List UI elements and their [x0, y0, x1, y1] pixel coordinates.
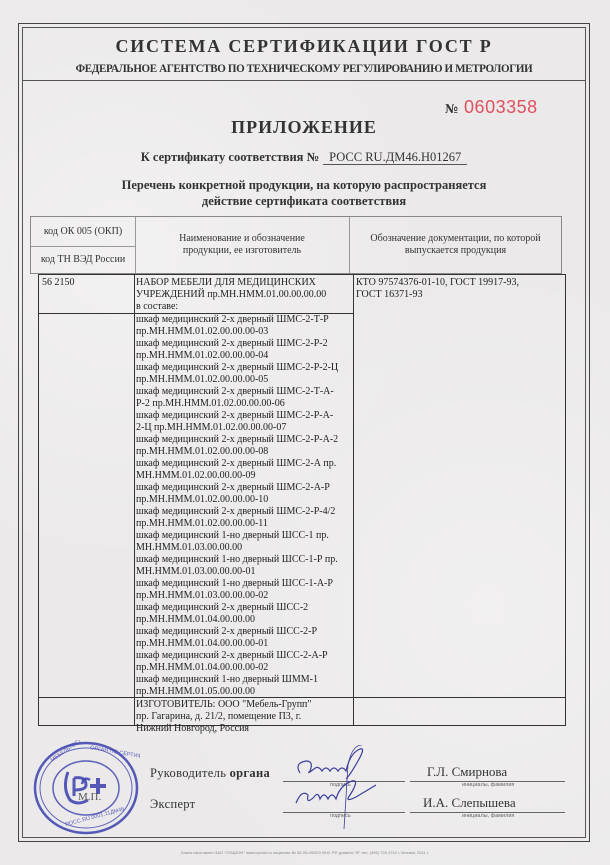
list-item: пр.МН.НММ.01.04.00.00.00	[136, 614, 338, 626]
stamp-seal-icon: М.П. МЕБЕЛЬТЕСТ-ИВАНОВО ОРГАН ПО СЕРТИФИ…	[32, 740, 140, 836]
cert-ref-label: К сертификату соответствия №	[141, 150, 319, 164]
agency-title: ФЕДЕРАЛЬНОЕ АГЕНТСТВО ПО ТЕХНИЧЕСКОМУ РЕ…	[45, 61, 564, 76]
svg-text:ОРГАН ПО СЕРТИФИКАЦИИ: ОРГАН ПО СЕРТИФИКАЦИИ	[90, 745, 140, 764]
set-name: НАБОР МЕБЕЛИ ДЛЯ МЕДИЦИНСКИХ УЧРЕЖДЕНИЙ …	[136, 277, 326, 313]
set-name-line: УЧРЕЖДЕНИЙ пр.МН.НММ.01.00.00.00.00	[136, 289, 326, 301]
list-item: МН.НММ.01.03.00.00.00	[136, 542, 338, 554]
expert-signature-caption: подпись	[330, 813, 351, 819]
list-item: шкаф медицинский 2-х дверный ШМС-2-Т-Р	[136, 314, 338, 326]
manufacturer-line: Нижний Новгород, Россия	[136, 723, 312, 735]
seal-mark: М.П.	[78, 791, 101, 803]
list-item: 2-Ц пр.МН.НММ.01.02.00.00.00-07	[136, 422, 338, 434]
list-item: пр.МН.НММ.01.02.00.00.00-03	[136, 326, 338, 338]
list-item: шкаф медицинский 2-х дверный ШМС-2-Р-А-	[136, 410, 338, 422]
list-item: шкаф медицинский 2-х дверный ШМС-2-Р-А-2	[136, 434, 338, 446]
list-item: шкаф медицинский 2-х дверный ШСС-2-Р	[136, 626, 338, 638]
system-title: СИСТЕМА СЕРТИФИКАЦИИ ГОСТ Р	[22, 36, 586, 57]
list-item: пр.МН.НММ.01.02.00.00.00-05	[136, 374, 338, 386]
list-item: шкаф медицинский 2-х дверный ШМС-2-Р-2-Ц	[136, 362, 338, 374]
table-header: код ОК 005 (ОКП) код ТН ВЭД России Наиме…	[30, 216, 562, 274]
list-item: пр.МН.НММ.01.02.00.00.00-10	[136, 494, 338, 506]
head-label: Руководитель органа	[150, 766, 270, 781]
list-item: шкаф медицинский 1-но дверный ШСС-1-А-Р	[136, 578, 338, 590]
row-divider-code	[39, 313, 134, 314]
list-item: шкаф медицинский 1-но дверный ШММ-1	[136, 674, 338, 686]
header-code-tnved: код ТН ВЭД России	[31, 246, 135, 274]
head-label-normal: Руководитель	[150, 766, 230, 780]
header-code-okp: код ОК 005 (ОКП)	[31, 217, 135, 246]
list-item: пр.МН.НММ.01.02.00.00.00-08	[136, 446, 338, 458]
list-title-line1: Перечень конкретной продукции, на котору…	[22, 177, 586, 193]
list-item: шкаф медицинский 2-х дверный ШМС-2-А пр.	[136, 458, 338, 470]
certificate-reference: К сертификату соответствия №РОСС RU.ДМ46…	[22, 150, 586, 165]
list-title: Перечень конкретной продукции, на котору…	[22, 177, 586, 209]
list-item: шкаф медицинский 2-х дверный ШМС-2-Р-4/2	[136, 506, 338, 518]
number-sign: №	[445, 102, 458, 116]
list-item: МН.НММ.01.02.00.00.00-09	[136, 470, 338, 482]
expert-name: И.А. Слепышева	[423, 795, 516, 811]
list-item: пр.МН.НММ.01.04.00.00.00-01	[136, 638, 338, 650]
list-item: шкаф медицинский 2-х дверный ШСС-2-А-Р	[136, 650, 338, 662]
official-stamp: М.П. МЕБЕЛЬТЕСТ-ИВАНОВО ОРГАН ПО СЕРТИФИ…	[32, 740, 140, 836]
list-item: шкаф медицинский 1-но дверный ШСС-1-Р пр…	[136, 554, 338, 566]
serial-value: 0603358	[464, 97, 538, 117]
list-item: пр.МН.НММ.01.02.00.00.00-11	[136, 518, 338, 530]
header-name-col: Наименование и обозначение продукции, ее…	[135, 217, 349, 273]
header-doc-col: Обозначение документации, по которой вып…	[349, 217, 562, 273]
signature-scribble-icon	[288, 745, 383, 835]
list-item: шкаф медицинский 2-х дверный ШСС-2	[136, 602, 338, 614]
head-name: Г.Л. Смирнова	[427, 764, 507, 780]
set-name-line: НАБОР МЕБЕЛИ ДЛЯ МЕДИЦИНСКИХ	[136, 277, 326, 289]
expert-name-caption: инициалы, фамилия	[462, 813, 514, 819]
expert-label: Эксперт	[150, 797, 195, 812]
list-item: пр.МН.НММ.01.03.00.00.00-02	[136, 590, 338, 602]
manufacturer: ИЗГОТОВИТЕЛЬ: ООО "Мебель-Групп" пр. Гаг…	[136, 699, 312, 735]
column-divider-1	[134, 275, 135, 725]
doc-line: КТО 97574376-01-10, ГОСТ 19917-93,	[356, 277, 519, 289]
doc-line: ГОСТ 16371-93	[356, 289, 519, 301]
manufacturer-line: пр. Гагарина, д. 21/2, помещение П3, г.	[136, 711, 312, 723]
list-item: МН.НММ.01.03.00.00.00-01	[136, 566, 338, 578]
list-title-line2: действие сертификата соответствия	[22, 193, 586, 209]
head-label-bold: органа	[230, 766, 270, 780]
list-item: пр.МН.НММ.01.02.00.00.00-04	[136, 350, 338, 362]
certificate-number: РОСС RU.ДМ46.Н01267	[323, 150, 467, 165]
list-item: шкаф медицинский 2-х дверный ШМС-2-Т-А-	[136, 386, 338, 398]
item-list: шкаф медицинский 2-х дверный ШМС-2-Т-Рпр…	[136, 314, 338, 698]
list-item: шкаф медицинский 1-но дверный ШСС-1 пр.	[136, 530, 338, 542]
set-name-line: в составе:	[136, 301, 326, 313]
list-item: Р-2 пр.МН.НММ.01.02.00.00.00-06	[136, 398, 338, 410]
column-divider-2	[353, 275, 354, 725]
documentation: КТО 97574376-01-10, ГОСТ 19917-93, ГОСТ …	[356, 277, 519, 301]
manufacturer-line: ИЗГОТОВИТЕЛЬ: ООО "Мебель-Групп"	[136, 699, 312, 711]
list-item: пр.МН.НММ.01.04.00.00.00-02	[136, 662, 338, 674]
list-item: пр.МН.НММ.01.05.00.00.00	[136, 686, 338, 698]
product-table: 56 2150 НАБОР МЕБЕЛИ ДЛЯ МЕДИЦИНСКИХ УЧР…	[38, 274, 566, 726]
product-code: 56 2150	[42, 277, 75, 289]
print-info: Бланк изготовлен ЗАО "ОПЦИОН" www.opcion…	[0, 850, 610, 855]
list-item: шкаф медицинский 2-х дверный ШМС-2-Р-2	[136, 338, 338, 350]
header-divider	[22, 80, 586, 81]
serial-number: №0603358	[445, 97, 538, 118]
head-name-caption: инициалы, фамилия	[462, 782, 514, 788]
list-item: шкаф медицинский 2-х дверный ШМС-2-А-Р	[136, 482, 338, 494]
appendix-title: ПРИЛОЖЕНИЕ	[22, 117, 586, 138]
